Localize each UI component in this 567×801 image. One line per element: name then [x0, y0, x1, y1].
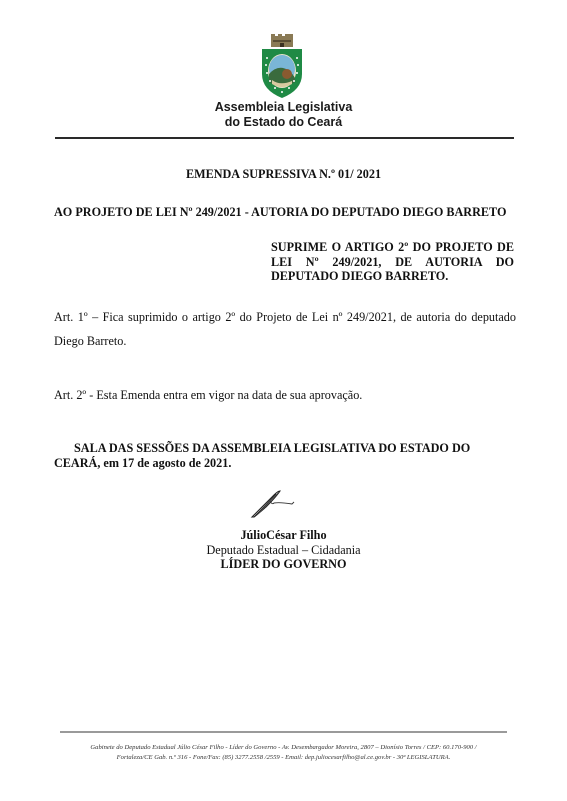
signer-role: Deputado Estadual – Cidadania: [0, 543, 567, 558]
footer-line1: Gabinete do Deputado Estadual Júlio Césa…: [30, 743, 537, 753]
organization-name-line2: do Estado do Ceará: [0, 115, 567, 130]
document-subject: AO PROJETO DE LEI Nº 249/2021 - AUTORIA …: [54, 205, 506, 220]
header-divider: [55, 137, 514, 139]
document-title: EMENDA SUPRESSIVA N.º 01/ 2021: [0, 167, 567, 182]
handwritten-signature-icon: [248, 487, 310, 519]
footer-address: Gabinete do Deputado Estadual Júlio Césa…: [30, 743, 537, 762]
footer-line2: Fortaleza/CE Gab. n.º 316 - Fone/Fax: (8…: [30, 753, 537, 763]
article-2: Art. 2º - Esta Emenda entra em vigor na …: [54, 388, 362, 403]
signer-position: LÍDER DO GOVERNO: [0, 557, 567, 572]
signer-name: JúlioCésar Filho: [0, 528, 567, 543]
ceara-coat-of-arms-icon: [258, 34, 306, 100]
footer-divider: [60, 731, 507, 733]
session-statement: SALA DAS SESSÕES DA ASSEMBLEIA LEGISLATI…: [54, 441, 516, 471]
article-1: Art. 1º – Fica suprimido o artigo 2º do …: [54, 305, 516, 353]
organization-name-line1: Assembleia Legislativa: [0, 100, 567, 115]
organization-name: Assembleia Legislativa do Estado do Cear…: [0, 100, 567, 130]
signer-block: JúlioCésar Filho Deputado Estadual – Cid…: [0, 528, 567, 572]
document-ementa: SUPRIME O ARTIGO 2º DO PROJETO DE LEI Nº…: [271, 240, 514, 284]
